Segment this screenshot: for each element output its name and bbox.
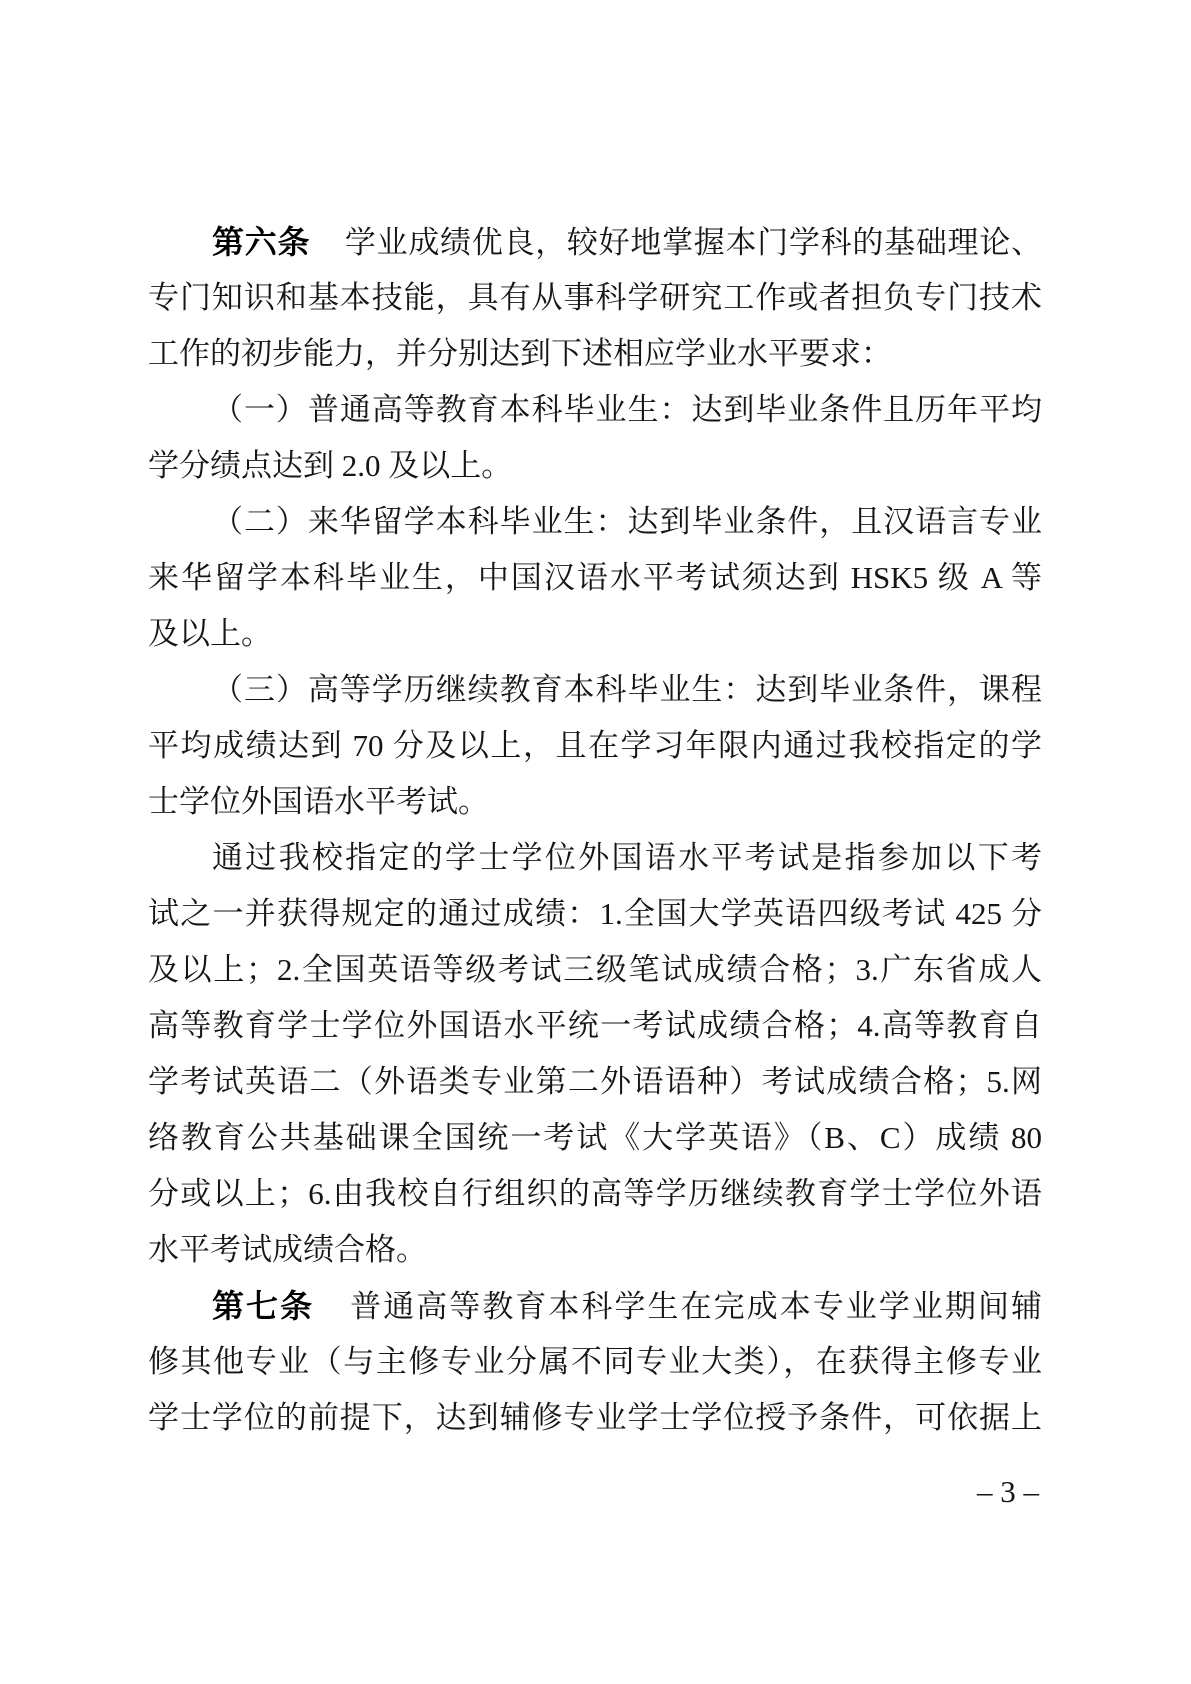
line-text: 学业成绩优良，较好地掌握本门学科的基础理论、 — [344, 225, 1042, 260]
text-line: 工作的初步能力，并分别达到下述相应学业水平要求： — [148, 326, 1042, 382]
line-text: 通过我校指定的学士学位外国语水平考试是指参加以下考 — [212, 840, 1042, 875]
line-text: 及以上。 — [148, 616, 272, 651]
text-line: 第七条普通高等教育本科学生在完成本专业学业期间辅 — [148, 1278, 1042, 1334]
line-text: （三）高等学历继续教育本科毕业生：达到毕业条件，课程 — [212, 672, 1042, 707]
line-text: 分或以上；6.由我校自行组织的高等学历继续教育学士学位外语 — [148, 1176, 1042, 1211]
text-line: （二）来华留学本科毕业生：达到毕业条件，且汉语言专业 — [148, 494, 1042, 550]
text-line: （一）普通高等教育本科毕业生：达到毕业条件且历年平均 — [148, 382, 1042, 438]
line-text: 修其他专业（与主修专业分属不同专业大类），在获得主修专业 — [148, 1344, 1042, 1379]
line-text: 士学位外国语水平考试。 — [148, 784, 489, 819]
text-line: 修其他专业（与主修专业分属不同专业大类），在获得主修专业 — [148, 1334, 1042, 1390]
line-text: （一）普通高等教育本科毕业生：达到毕业条件且历年平均 — [212, 392, 1042, 427]
page-number: – 3 – — [950, 1464, 1066, 1520]
text-line: 学分绩点达到 2.0 及以上。 — [148, 438, 1042, 494]
line-text: 普通高等教育本科学生在完成本专业学业期间辅 — [348, 1289, 1042, 1324]
line-text: 试之一并获得规定的通过成绩：1.全国大学英语四级考试 425 分 — [148, 896, 1042, 931]
text-line: 试之一并获得规定的通过成绩：1.全国大学英语四级考试 425 分 — [148, 886, 1042, 942]
line-text: 高等教育学士学位外国语水平统一考试成绩合格；4.高等教育自 — [148, 1008, 1042, 1043]
text-line: 水平考试成绩合格。 — [148, 1222, 1042, 1278]
document-body: 第六条学业成绩优良，较好地掌握本门学科的基础理论、专门知识和基本技能，具有从事科… — [148, 214, 1042, 1446]
text-line: 高等教育学士学位外国语水平统一考试成绩合格；4.高等教育自 — [148, 998, 1042, 1054]
text-line: 通过我校指定的学士学位外国语水平考试是指参加以下考 — [148, 830, 1042, 886]
text-line: 专门知识和基本技能，具有从事科学研究工作或者担负专门技术 — [148, 270, 1042, 326]
text-line: 及以上；2.全国英语等级考试三级笔试成绩合格；3.广东省成人 — [148, 942, 1042, 998]
line-text: 及以上；2.全国英语等级考试三级笔试成绩合格；3.广东省成人 — [148, 952, 1042, 987]
text-line: （三）高等学历继续教育本科毕业生：达到毕业条件，课程 — [148, 662, 1042, 718]
line-text: 专门知识和基本技能，具有从事科学研究工作或者担负专门技术 — [148, 280, 1042, 315]
line-text: 学考试英语二（外语类专业第二外语语种）考试成绩合格；5.网 — [148, 1064, 1042, 1099]
text-line: 络教育公共基础课全国统一考试《大学英语》（B、C）成绩 80 — [148, 1110, 1042, 1166]
text-line: 学士学位的前提下，达到辅修专业学士学位授予条件，可依据上 — [148, 1390, 1042, 1446]
line-text: 学士学位的前提下，达到辅修专业学士学位授予条件，可依据上 — [148, 1400, 1042, 1435]
text-line: 士学位外国语水平考试。 — [148, 774, 1042, 830]
text-line: 学考试英语二（外语类专业第二外语语种）考试成绩合格；5.网 — [148, 1054, 1042, 1110]
line-text: 平均成绩达到 70 分及以上，且在学习年限内通过我校指定的学 — [148, 728, 1042, 763]
text-line: 来华留学本科毕业生，中国汉语水平考试须达到 HSK5 级 A 等 — [148, 550, 1042, 606]
text-line: 及以上。 — [148, 606, 1042, 662]
line-text: 络教育公共基础课全国统一考试《大学英语》（B、C）成绩 80 — [148, 1120, 1042, 1155]
line-text: 学分绩点达到 2.0 及以上。 — [148, 448, 512, 483]
line-text: 来华留学本科毕业生，中国汉语水平考试须达到 HSK5 级 A 等 — [148, 560, 1042, 595]
article-number: 第六条 — [212, 224, 310, 260]
line-text: 水平考试成绩合格。 — [148, 1232, 427, 1267]
article-number: 第七条 — [212, 1288, 314, 1324]
line-text: 工作的初步能力，并分别达到下述相应学业水平要求： — [148, 336, 892, 371]
text-line: 平均成绩达到 70 分及以上，且在学习年限内通过我校指定的学 — [148, 718, 1042, 774]
text-line: 分或以上；6.由我校自行组织的高等学历继续教育学士学位外语 — [148, 1166, 1042, 1222]
document-page: 第六条学业成绩优良，较好地掌握本门学科的基础理论、专门知识和基本技能，具有从事科… — [0, 0, 1191, 1684]
text-line: 第六条学业成绩优良，较好地掌握本门学科的基础理论、 — [148, 214, 1042, 270]
line-text: （二）来华留学本科毕业生：达到毕业条件，且汉语言专业 — [212, 504, 1042, 539]
